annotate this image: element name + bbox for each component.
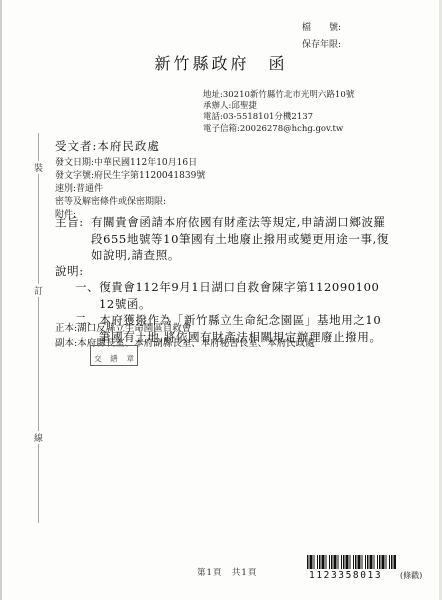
document-meta-block: 發文日期:中華民國112年10月16日 發文字號:府民生字第1120041839… — [55, 157, 205, 222]
binding-margin-line — [38, 133, 39, 523]
binding-mark-xian: 線 — [34, 431, 44, 444]
process-stamp-box: 交 繕 章 — [90, 345, 138, 366]
file-number-label: 檔 號: — [302, 20, 341, 37]
stamp-char-1: 交 — [94, 353, 102, 364]
barcode-note: (條戳) — [400, 570, 422, 581]
barcode — [307, 555, 396, 569]
issue-number: 發文字號:府民生字第1120041839號 — [55, 170, 205, 183]
scan-edge-left — [0, 0, 2, 600]
issue-date: 發文日期:中華民國112年10月16日 — [55, 157, 205, 170]
agency-contact-block: 地址:30210新竹縣竹北市光明六路10號 承辦人:邱聖捷 電話:03-5518… — [203, 90, 354, 135]
description-item-1: 一、復貴會112年9月1日湖口自救會陳字第11209010012號函。 — [75, 279, 387, 312]
binding-mark-zhuang: 裝 — [34, 161, 44, 174]
page-number-info: 第1頁 共1頁 — [197, 566, 257, 578]
description-label: 說明: — [55, 263, 84, 279]
stamp-char-2: 繕 — [110, 353, 118, 364]
contact-person: 承辦人:邱聖捷 — [203, 101, 354, 112]
contact-phone: 電話:03-5518101分機2137 — [203, 112, 354, 123]
file-number-block: 檔 號: 保存年限: — [302, 20, 341, 54]
official-letter-scan: 檔 號: 保存年限: 新竹縣政府 函 地址:30210新竹縣竹北市光明六路10號… — [0, 0, 442, 600]
original-copy-line: 正本:湖口反縣立生命園區自救會 — [55, 322, 315, 337]
security-class: 密等及解密條件或保密期限: — [55, 196, 205, 209]
subject-text: 有關貴會函請本府依國有財產法等規定,申請湖口鄉波羅段655地號等10筆國有土地廢… — [91, 214, 393, 264]
recipient-line: 受文者:本府民政處 — [55, 138, 160, 154]
contact-email: 電子信箱:20026278@hchg.gov.tw — [203, 124, 354, 135]
stamp-char-3: 章 — [127, 353, 135, 364]
binding-mark-ding: 訂 — [34, 284, 44, 297]
speed-class: 速別:普通件 — [55, 183, 205, 196]
document-title: 新竹縣政府 函 — [0, 51, 442, 74]
agency-address: 地址:30210新竹縣竹北市光明六路10號 — [203, 90, 354, 101]
subject-label: 主旨: — [55, 214, 91, 264]
barcode-number: 1123358013 — [309, 570, 382, 581]
subject-section: 主旨: 有關貴會函請本府依國有財產法等規定,申請湖口鄉波羅段655地號等10筆國… — [55, 214, 393, 264]
